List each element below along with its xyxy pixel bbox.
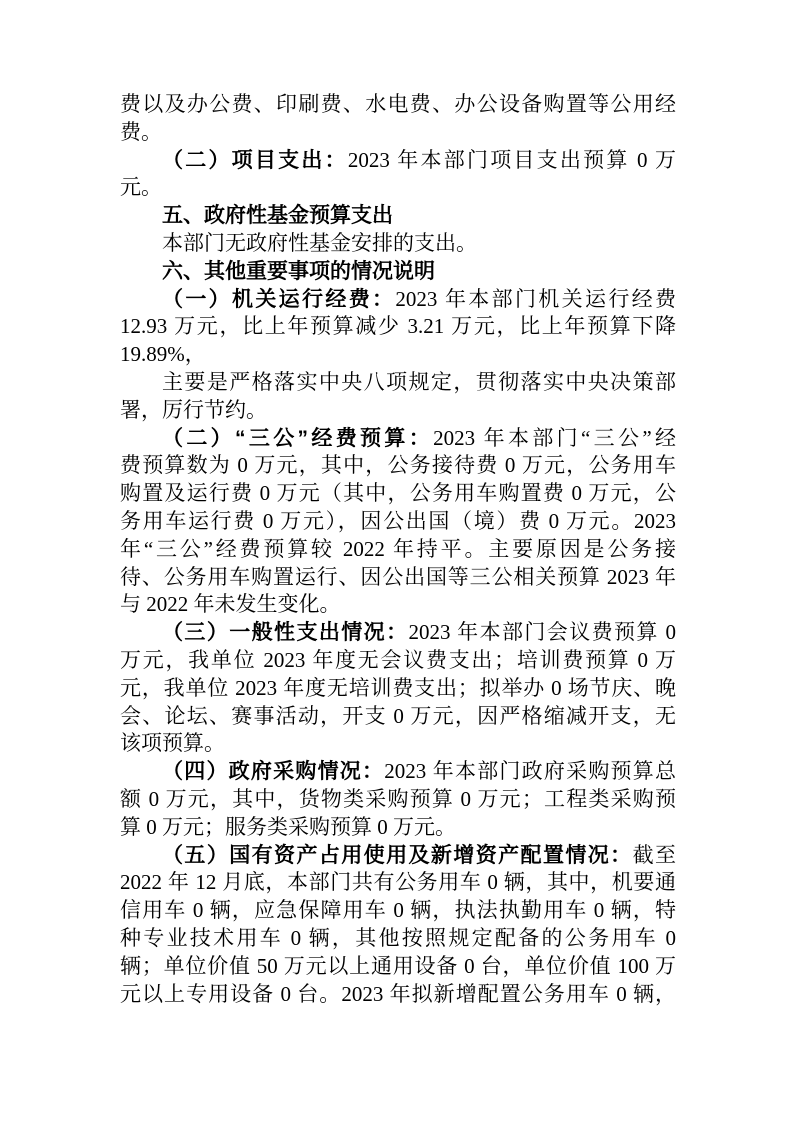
text-line: 待、公务用车购置运行、因公出国等三公相关预算 2023 年 bbox=[120, 564, 676, 592]
text-run: 信用车 0 辆，应急保障用车 0 辆，执法执勤用车 0 辆，特 bbox=[120, 898, 676, 922]
bold-text-run: 五、政府性基金预算支出 bbox=[162, 204, 393, 227]
text-run: 2023 年本部门“三公”经 bbox=[433, 426, 676, 450]
text-run: 元，我单位 2023 年度无培训费支出；拟举办 0 场节庆、晚 bbox=[120, 676, 676, 700]
text-line: 费。 bbox=[120, 119, 676, 147]
text-run: 年“三公”经费预算较 2022 年持平。主要原因是公务接 bbox=[120, 537, 676, 561]
paragraph: 六、其他重要事项的情况说明 bbox=[120, 258, 676, 286]
text-run: 12.93 万元，比上年预算减少 3.21 万元，比上年预算下降 bbox=[120, 314, 676, 338]
text-line: 年“三公”经费预算较 2022 年持平。主要原因是公务接 bbox=[120, 536, 676, 564]
paragraph: 五、政府性基金预算支出 bbox=[120, 202, 676, 230]
text-line: 元，我单位 2023 年度无培训费支出；拟举办 0 场节庆、晚 bbox=[120, 675, 676, 703]
text-line: 算 0 万元；服务类采购预算 0 万元。 bbox=[120, 814, 676, 842]
text-line: （三）一般性支出情况：2023 年本部门会议费预算 0 bbox=[120, 619, 676, 647]
paragraph: 本部门无政府性基金安排的支出。 bbox=[120, 230, 676, 258]
text-run: 会、论坛、赛事活动，开支 0 万元，因严格缩减开支，无 bbox=[120, 704, 676, 728]
text-line: 五、政府性基金预算支出 bbox=[120, 202, 676, 230]
text-run: 主要是严格落实中央八项规定，贯彻落实中央决策部 bbox=[162, 370, 676, 394]
text-line: 元。 bbox=[120, 174, 676, 202]
text-run: 与 2022 年未发生变化。 bbox=[120, 592, 341, 616]
text-run: 2022 年 12 月底，本部门共有公务用车 0 辆，其中，机要通 bbox=[120, 870, 676, 894]
text-run: 署，厉行节约。 bbox=[120, 398, 267, 422]
text-line: （五）国有资产占用使用及新增资产配置情况：截至 bbox=[120, 842, 676, 870]
text-run: 2023 年本部门项目支出预算 0 万 bbox=[348, 148, 676, 172]
text-line: （二）“三公”经费预算：2023 年本部门“三公”经 bbox=[120, 425, 676, 453]
text-run: 辆；单位价值 50 万元以上通用设备 0 台，单位价值 100 万 bbox=[120, 954, 676, 978]
text-run: 本部门无政府性基金安排的支出。 bbox=[162, 231, 477, 255]
text-line: 署，厉行节约。 bbox=[120, 397, 676, 425]
paragraph: （二）“三公”经费预算：2023 年本部门“三公”经费预算数为 0 万元，其中，… bbox=[120, 425, 676, 620]
text-run: 2023 年本部门会议费预算 0 bbox=[409, 620, 677, 644]
document-body: 费以及办公费、印刷费、水电费、办公设备购置等公用经费。（二）项目支出：2023 … bbox=[120, 91, 676, 1008]
text-line: 六、其他重要事项的情况说明 bbox=[120, 258, 676, 286]
paragraph: （二）项目支出：2023 年本部门项目支出预算 0 万元。 bbox=[120, 147, 676, 203]
text-line: 与 2022 年未发生变化。 bbox=[120, 591, 676, 619]
text-line: 额 0 万元，其中，货物类采购预算 0 万元；工程类采购预 bbox=[120, 786, 676, 814]
text-line: （一）机关运行经费：2023 年本部门机关运行经费 bbox=[120, 286, 676, 314]
text-line: 2022 年 12 月底，本部门共有公务用车 0 辆，其中，机要通 bbox=[120, 869, 676, 897]
paragraph: （一）机关运行经费：2023 年本部门机关运行经费12.93 万元，比上年预算减… bbox=[120, 286, 676, 369]
bold-text-run: （三）一般性支出情况： bbox=[162, 621, 409, 644]
text-line: 会、论坛、赛事活动，开支 0 万元，因严格缩减开支，无 bbox=[120, 703, 676, 731]
text-run: 元。 bbox=[120, 175, 162, 199]
text-line: 种专业技术用车 0 辆，其他按照规定配备的公务用车 0 bbox=[120, 925, 676, 953]
bold-text-run: （二）项目支出： bbox=[162, 149, 348, 172]
paragraph: （四）政府采购情况：2023 年本部门政府采购预算总额 0 万元，其中，货物类采… bbox=[120, 758, 676, 841]
paragraph: （五）国有资产占用使用及新增资产配置情况：截至2022 年 12 月底，本部门共… bbox=[120, 842, 676, 1009]
paragraph: （三）一般性支出情况：2023 年本部门会议费预算 0万元，我单位 2023 年… bbox=[120, 619, 676, 758]
text-line: 本部门无政府性基金安排的支出。 bbox=[120, 230, 676, 258]
text-line: （二）项目支出：2023 年本部门项目支出预算 0 万 bbox=[120, 147, 676, 175]
text-line: 费预算数为 0 万元，其中，公务接待费 0 万元，公务用车 bbox=[120, 452, 676, 480]
text-line: 费以及办公费、印刷费、水电费、办公设备购置等公用经 bbox=[120, 91, 676, 119]
text-run: 19.89%， bbox=[120, 342, 206, 366]
paragraph: 主要是严格落实中央八项规定，贯彻落实中央决策部署，厉行节约。 bbox=[120, 369, 676, 425]
document-page: 费以及办公费、印刷费、水电费、办公设备购置等公用经费。（二）项目支出：2023 … bbox=[0, 0, 793, 1122]
text-run: 元以上专用设备 0 台。2023 年拟新增配置公务用车 0 辆， bbox=[120, 982, 676, 1006]
text-run: 万元，我单位 2023 年度无会议费支出；培训费预算 0 万 bbox=[120, 648, 676, 672]
bold-text-run: （四）政府采购情况： bbox=[162, 760, 384, 783]
text-line: 该项预算。 bbox=[120, 730, 676, 758]
text-run: 费预算数为 0 万元，其中，公务接待费 0 万元，公务用车 bbox=[120, 453, 676, 477]
text-line: 务用车运行费 0 万元），因公出国（境）费 0 万元。2023 bbox=[120, 508, 676, 536]
text-run: 种专业技术用车 0 辆，其他按照规定配备的公务用车 0 bbox=[120, 926, 676, 950]
text-run: 2023 年本部门机关运行经费 bbox=[395, 287, 676, 311]
bold-text-run: （五）国有资产占用使用及新增资产配置情况： bbox=[162, 844, 633, 867]
text-run: 务用车运行费 0 万元），因公出国（境）费 0 万元。2023 bbox=[120, 509, 676, 533]
text-run: 该项预算。 bbox=[120, 731, 225, 755]
text-line: 19.89%， bbox=[120, 341, 676, 369]
text-run: 费以及办公费、印刷费、水电费、办公设备购置等公用经 bbox=[120, 92, 676, 116]
text-run: 购置及运行费 0 万元（其中，公务用车购置费 0 万元，公 bbox=[120, 481, 676, 505]
bold-text-run: （一）机关运行经费： bbox=[162, 288, 395, 311]
text-line: （四）政府采购情况：2023 年本部门政府采购预算总 bbox=[120, 758, 676, 786]
text-run: 算 0 万元；服务类采购预算 0 万元。 bbox=[120, 815, 456, 839]
text-run: 2023 年本部门政府采购预算总 bbox=[384, 759, 676, 783]
text-run: 额 0 万元，其中，货物类采购预算 0 万元；工程类采购预 bbox=[120, 787, 676, 811]
bold-text-run: 六、其他重要事项的情况说明 bbox=[162, 260, 435, 283]
text-line: 12.93 万元，比上年预算减少 3.21 万元，比上年预算下降 bbox=[120, 313, 676, 341]
paragraph: 费以及办公费、印刷费、水电费、办公设备购置等公用经费。 bbox=[120, 91, 676, 147]
text-line: 元以上专用设备 0 台。2023 年拟新增配置公务用车 0 辆， bbox=[120, 981, 676, 1009]
text-line: 信用车 0 辆，应急保障用车 0 辆，执法执勤用车 0 辆，特 bbox=[120, 897, 676, 925]
text-run: 待、公务用车购置运行、因公出国等三公相关预算 2023 年 bbox=[120, 565, 676, 589]
text-line: 辆；单位价值 50 万元以上通用设备 0 台，单位价值 100 万 bbox=[120, 953, 676, 981]
text-line: 购置及运行费 0 万元（其中，公务用车购置费 0 万元，公 bbox=[120, 480, 676, 508]
text-run: 截至 bbox=[633, 843, 676, 867]
text-line: 主要是严格落实中央八项规定，贯彻落实中央决策部 bbox=[120, 369, 676, 397]
text-run: 费。 bbox=[120, 120, 162, 144]
text-line: 万元，我单位 2023 年度无会议费支出；培训费预算 0 万 bbox=[120, 647, 676, 675]
bold-text-run: （二）“三公”经费预算： bbox=[162, 427, 433, 450]
